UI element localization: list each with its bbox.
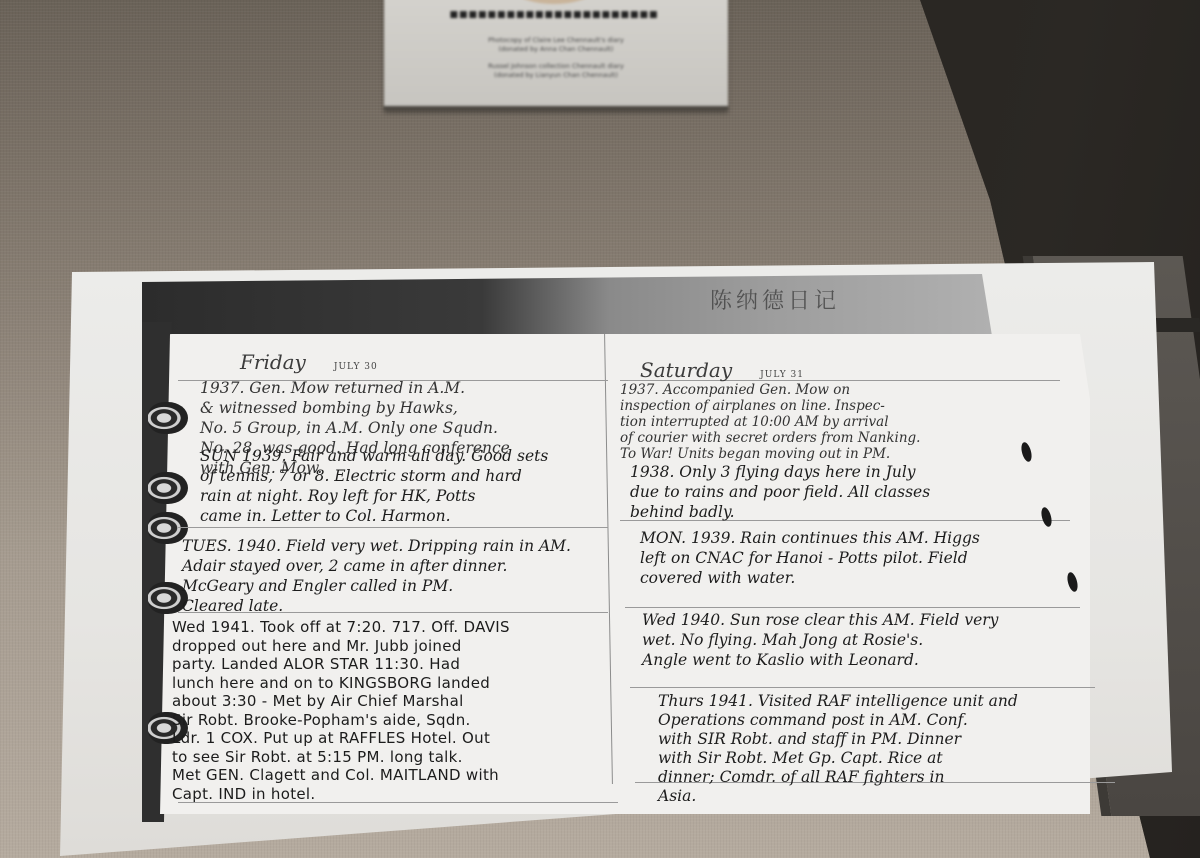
label-line-1: Photocopy of Claire Lee Chennault's diar… (384, 36, 728, 44)
label-line-3: Russel Johnson collection Chennault diar… (384, 62, 728, 70)
left-date: JULY 30 (334, 362, 378, 372)
right-date: JULY 31 (760, 370, 804, 380)
ring-icon (148, 472, 188, 504)
entry-right-1940: Wed 1940. Sun rose clear this AM. Field … (642, 610, 1102, 670)
label-line-4: (donated by Lianyun Chan Chennault) (384, 71, 728, 79)
right-day: Saturday (640, 358, 732, 382)
entry-right-1937: 1937. Accompanied Gen. Mow on inspection… (620, 382, 1050, 462)
left-day-heading: FridayJULY 30 (240, 350, 378, 374)
ring-icon (148, 402, 188, 434)
entry-left-1940: TUES. 1940. Field very wet. Dripping rai… (182, 536, 622, 616)
left-day: Friday (240, 350, 306, 374)
right-day-heading: SaturdayJULY 31 (640, 358, 804, 382)
entry-right-1941: Thurs 1941. Visited RAF intelligence uni… (658, 692, 1138, 806)
rule (178, 527, 608, 528)
label-title: ■■■■■■■■■■■■■■■■■■■■■■ (439, 10, 669, 20)
artifact-base (504, 0, 604, 4)
entry-right-1939: MON. 1939. Rain continues this AM. Higgs… (640, 528, 1090, 588)
rule (625, 607, 1080, 608)
museum-label-card: ■■■■■■■■■■■■■■■■■■■■■■ Photocopy of Clai… (384, 0, 728, 110)
entry-right-1938: 1938. Only 3 flying days here in July du… (630, 462, 1070, 522)
label-line-2: (donated by Anna Chan Chennault) (384, 45, 728, 53)
entry-left-1939: SUN 1939. Fair and warm all day. Good se… (200, 446, 630, 526)
photocopy-dark-band (142, 274, 992, 342)
chinese-header: 陈纳德日记 (710, 284, 840, 315)
diary-photocopy: 陈纳德日记 FridayJULY 30 1937. Gen. Mow retur… (60, 262, 1172, 856)
rule (630, 687, 1095, 688)
entry-left-1941: Wed 1941. Took off at 7:20. 717. Off. DA… (172, 618, 642, 803)
